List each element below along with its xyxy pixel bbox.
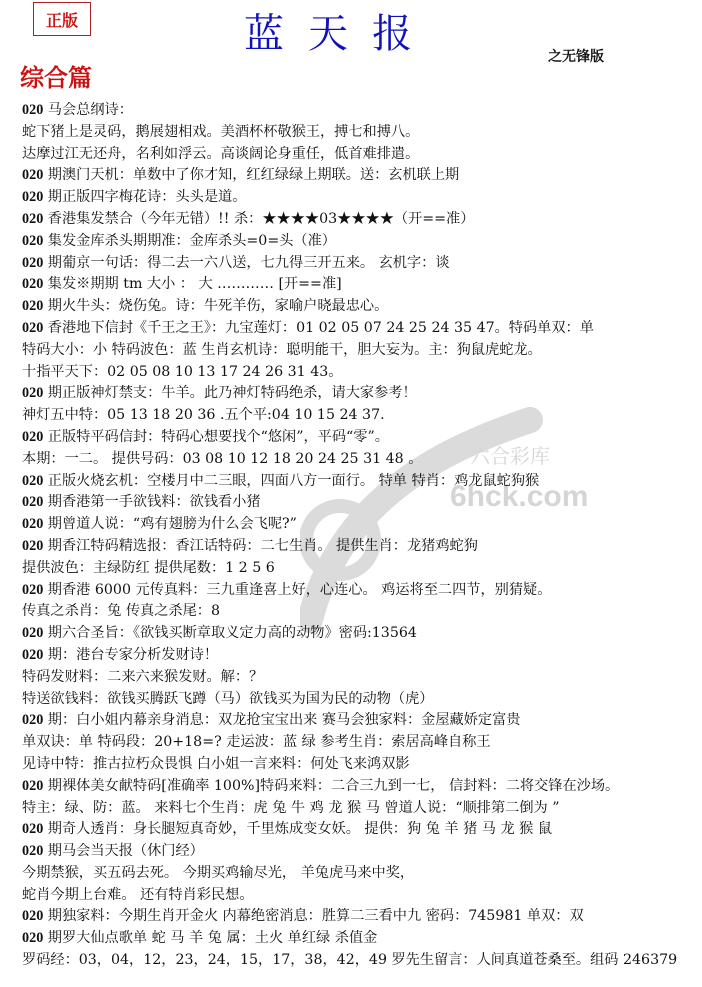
text-line: 020 期：港台专家分析发财诗！ — [22, 645, 696, 667]
line-text: 期葡京一句话：得二去一六八送，七九得三开五来。 玄机字：谈 — [43, 255, 449, 271]
page-title: 蓝天报 — [244, 2, 436, 59]
text-line: 特码大小：小 特码波色：蓝 生肖玄机诗：聪明能干，胆大妄为。主：狗鼠虎蛇龙。 — [22, 340, 696, 362]
text-line: 020 集发金库杀头期期准：金库杀头=0=头（准） — [22, 231, 696, 253]
text-line: 020 期澳门天机：单数中了你才知，红红绿绿上期联。送：玄机联上期 — [22, 165, 696, 187]
issue-number: 020 — [22, 625, 43, 641]
text-line: 特码发财料：二来六来猴发财。解：？ — [22, 667, 696, 689]
line-text: 蛇肖今期上台难。 还有特肖彩民想。 — [22, 887, 254, 903]
text-line: 020 期曾道人说：“鸡有翅膀为什么会飞呢?” — [22, 514, 696, 536]
line-text: 提供波色：主绿防红 提供尾数：1 2 5 6 — [22, 560, 275, 576]
text-line: 传真之杀肖：兔 传真之杀尾：8 — [22, 601, 696, 623]
issue-number: 020 — [22, 908, 43, 924]
issue-number: 020 — [22, 516, 43, 532]
text-line: 020 马会总纲诗： — [22, 100, 696, 122]
issue-number: 020 — [22, 167, 43, 183]
official-badge: 正版 — [33, 2, 91, 36]
issue-number: 020 — [22, 429, 43, 445]
text-line: 单双诀：单 特码段：20+18=? 走运波：蓝 绿 参考生肖：索居高峰自称王 — [22, 732, 696, 754]
issue-number: 020 — [22, 211, 43, 227]
line-text: 期火牛头：烧伤兔。诗：牛死羊伤，家喻户晓最忠心。 — [43, 298, 388, 314]
line-text: 见诗中特：推古拉朽众畏惧 白小姐一言来料：何处飞来鸿双影 — [22, 756, 410, 772]
text-line: 020 期正版神灯禁支：牛羊。此乃神灯特码绝杀，请大家参考！ — [22, 383, 696, 405]
issue-number: 020 — [22, 582, 43, 598]
issue-number: 020 — [22, 647, 43, 663]
line-text: 本期：一二。 提供号码：03 08 10 12 18 20 24 25 31 4… — [22, 451, 422, 467]
text-line: 特送欲钱料：欲钱买腾跃飞蹲（马）欲钱买为国为民的动物（虎） — [22, 689, 696, 711]
text-line: 020 正版火烧玄机：空楼月中二三眼，四面八方一面行。 特单 特肖：鸡龙鼠蛇狗猴 — [22, 471, 696, 493]
text-line: 本期：一二。 提供号码：03 08 10 12 18 20 24 25 31 4… — [22, 449, 696, 471]
line-text: 集发金库杀头期期准：金库杀头=0=头（准） — [43, 233, 336, 249]
text-line: 020 期罗大仙点歌单 蛇 马 羊 兔 属：土火 单红绿 杀值金 — [22, 928, 696, 950]
text-line: 020 期：白小姐内幕亲身消息：双龙抢宝宝出来 赛马会独家料：金屋藏娇定富贵 — [22, 710, 696, 732]
line-text: 传真之杀肖：兔 传真之杀尾：8 — [22, 603, 220, 619]
text-line: 020 期奇人透肖：身长腿短真奇妙，千里炼成变女妖。 提供：狗 兔 羊 猪 马 … — [22, 819, 696, 841]
text-line: 见诗中特：推古拉朽众畏惧 白小姐一言来料：何处飞来鸿双影 — [22, 754, 696, 776]
text-line: 蛇肖今期上台难。 还有特肖彩民想。 — [22, 885, 696, 907]
issue-number: 020 — [22, 102, 43, 118]
text-line: 020 期火牛头：烧伤兔。诗：牛死羊伤，家喻户晓最忠心。 — [22, 296, 696, 318]
issue-number: 020 — [22, 320, 43, 336]
issue-number: 020 — [22, 473, 43, 489]
line-text: 期曾道人说：“鸡有翅膀为什么会飞呢?” — [43, 516, 297, 532]
line-text: 期独家料：今期生肖开金火 内幕绝密消息：胜算二三看中九 密码：745981 单双… — [43, 908, 583, 924]
issue-number: 020 — [22, 189, 43, 205]
issue-number: 020 — [22, 385, 43, 401]
line-text: 期马会当天报（休门经） — [43, 843, 204, 859]
line-text: 特主：绿、防：蓝。 来料七个生肖：虎 兔 牛 鸡 龙 猴 马 曾道人说：“顺排第… — [22, 800, 559, 816]
line-text: 特码发财料：二来六来猴发财。解：？ — [22, 669, 263, 685]
issue-number: 020 — [22, 298, 43, 314]
line-text: 期澳门天机：单数中了你才知，红红绿绿上期联。送：玄机联上期 — [43, 167, 459, 183]
text-line: 020 期香港 6000 元传真料：三九重逢喜上好，心连心。 鸡运将至二四节，别… — [22, 580, 696, 602]
issue-number: 020 — [22, 538, 43, 554]
text-line: 020 期独家料：今期生肖开金火 内幕绝密消息：胜算二三看中九 密码：74598… — [22, 906, 696, 928]
issue-number: 020 — [22, 494, 43, 510]
line-text: 特送欲钱料：欲钱买腾跃飞蹲（马）欲钱买为国为民的动物（虎） — [22, 691, 433, 707]
line-text: 期裸体美女献特码[准确率 100%]特码来料：二合三九到一七， 信封料：二将交锋… — [43, 778, 619, 794]
line-text: 神灯五中特：05 13 18 20 36 .五个平:04 10 15 24 37… — [22, 407, 385, 423]
edition-subtitle: 之无锋版 — [548, 46, 604, 66]
issue-number: 020 — [22, 233, 43, 249]
line-text: 期：港台专家分析发财诗！ — [43, 647, 218, 663]
text-line: 020 正版特平码信封：特码心想要找个“悠闲”，平码“零”。 — [22, 427, 696, 449]
line-text: 十指平天下：02 05 08 10 13 17 24 26 31 43。 — [22, 364, 342, 380]
line-text: 期六合圣旨：《欲钱买断章取义定力高的动物》密码:13564 — [43, 625, 417, 641]
text-line: 020 香港集发禁合（今年无错）!! 杀：★★★★03★★★★（开==准） — [22, 209, 696, 231]
text-line: 020 期香江特码精选报：香江话特码：二七生肖。 提供生肖：龙猪鸡蛇狗 — [22, 536, 696, 558]
article-body: 020 马会总纲诗：蛇下猪上是灵码，鹅展翅相戏。美酒杯杯敬猴王，搏七和搏八。达摩… — [22, 100, 696, 972]
line-text: 马会总纲诗： — [43, 102, 133, 118]
line-text: 香港地下信封《千王之王》：九宝莲灯：01 02 05 07 24 25 24 3… — [43, 320, 594, 336]
text-line: 罗码经：03，04，12，23，24，15，17，38，42，49 罗先生留言：… — [22, 950, 696, 972]
text-line: 达摩过江无还舟，名利如浮云。高谈阔论身重任，低首难排遣。 — [22, 144, 696, 166]
line-text: 集发※期期 tm 大小 ： 大 ………… [开==准] — [43, 276, 341, 292]
issue-number: 020 — [22, 276, 43, 292]
text-line: 特主：绿、防：蓝。 来料七个生肖：虎 兔 牛 鸡 龙 猴 马 曾道人说：“顺排第… — [22, 798, 696, 820]
line-text: 达摩过江无还舟，名利如浮云。高谈阔论身重任，低首难排遣。 — [22, 146, 419, 162]
section-heading: 综合篇 — [20, 58, 92, 93]
text-line: 020 期六合圣旨：《欲钱买断章取义定力高的动物》密码:13564 — [22, 623, 696, 645]
issue-number: 020 — [22, 255, 43, 271]
text-line: 提供波色：主绿防红 提供尾数：1 2 5 6 — [22, 558, 696, 580]
line-text: 正版特平码信封：特码心想要找个“悠闲”，平码“零”。 — [43, 429, 389, 445]
issue-number: 020 — [22, 821, 43, 837]
text-line: 020 期正版四字梅花诗：头头是道。 — [22, 187, 696, 209]
line-text: 期香江特码精选报：香江话特码：二七生肖。 提供生肖：龙猪鸡蛇狗 — [43, 538, 478, 554]
issue-number: 020 — [22, 930, 43, 946]
text-line: 今期禁猴，买五码去死。 今期买鸡输尽光， 羊兔虎马来中奖， — [22, 863, 696, 885]
line-text: 单双诀：单 特码段：20+18=? 走运波：蓝 绿 参考生肖：索居高峰自称王 — [22, 734, 491, 750]
text-line: 020 期裸体美女献特码[准确率 100%]特码来料：二合三九到一七， 信封料：… — [22, 776, 696, 798]
line-text: 正版火烧玄机：空楼月中二三眼，四面八方一面行。 特单 特肖：鸡龙鼠蛇狗猴 — [43, 473, 539, 489]
line-text: 期香港 6000 元传真料：三九重逢喜上好，心连心。 鸡运将至二四节，别猜疑。 — [43, 582, 551, 598]
text-line: 蛇下猪上是灵码，鹅展翅相戏。美酒杯杯敬猴王，搏七和搏八。 — [22, 122, 696, 144]
text-line: 020 期葡京一句话：得二去一六八送，七九得三开五来。 玄机字：谈 — [22, 253, 696, 275]
issue-number: 020 — [22, 712, 43, 728]
line-text: 蛇下猪上是灵码，鹅展翅相戏。美酒杯杯敬猴王，搏七和搏八。 — [22, 124, 419, 140]
text-line: 020 香港地下信封《千王之王》：九宝莲灯：01 02 05 07 24 25 … — [22, 318, 696, 340]
line-text: 特码大小：小 特码波色：蓝 生肖玄机诗：聪明能干，胆大妄为。主：狗鼠虎蛇龙。 — [22, 342, 542, 358]
line-text: 期：白小姐内幕亲身消息：双龙抢宝宝出来 赛马会独家料：金屋藏娇定富贵 — [43, 712, 520, 728]
line-text: 期奇人透肖：身长腿短真奇妙，千里炼成变女妖。 提供：狗 兔 羊 猪 马 龙 猴 … — [43, 821, 552, 837]
line-text: 香港集发禁合（今年无错）!! 杀：★★★★03★★★★（开==准） — [43, 211, 474, 227]
text-line: 020 期香港第一手欲钱料：欲钱看小猪 — [22, 492, 696, 514]
text-line: 020 期马会当天报（休门经） — [22, 841, 696, 863]
line-text: 今期禁猴，买五码去死。 今期买鸡输尽光， 羊兔虎马来中奖， — [22, 865, 414, 881]
text-line: 十指平天下：02 05 08 10 13 17 24 26 31 43。 — [22, 362, 696, 384]
line-text: 期正版四字梅花诗：头头是道。 — [43, 189, 246, 205]
text-line: 神灯五中特：05 13 18 20 36 .五个平:04 10 15 24 37… — [22, 405, 696, 427]
text-line: 020 集发※期期 tm 大小 ： 大 ………… [开==准] — [22, 274, 696, 296]
line-text: 期香港第一手欲钱料：欲钱看小猪 — [43, 494, 260, 510]
line-text: 罗码经：03，04，12，23，24，15，17，38，42，49 罗先生留言：… — [22, 952, 677, 968]
line-text: 期正版神灯禁支：牛羊。此乃神灯特码绝杀，请大家参考！ — [43, 385, 416, 401]
issue-number: 020 — [22, 778, 43, 794]
issue-number: 020 — [22, 843, 43, 859]
line-text: 期罗大仙点歌单 蛇 马 羊 兔 属：土火 单红绿 杀值金 — [43, 930, 377, 946]
